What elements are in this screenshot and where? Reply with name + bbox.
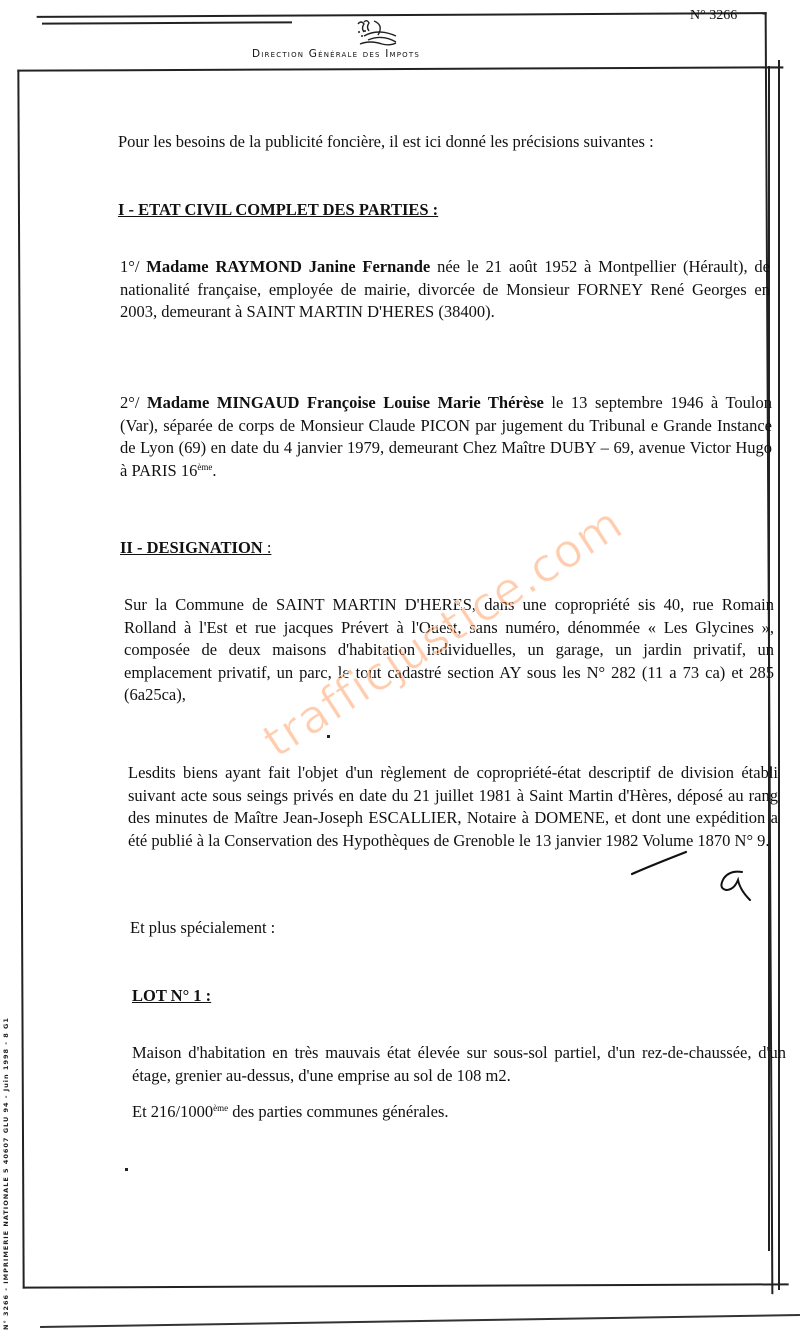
lot-share-suffix: des parties communes générales. bbox=[228, 1102, 448, 1121]
designation-title-colon: : bbox=[263, 538, 272, 557]
designation-title-text: II - DESIGNATION bbox=[120, 538, 263, 557]
section-title-designation: II - DESIGNATION : bbox=[120, 538, 271, 558]
lot-share-superscript: ème bbox=[213, 1103, 228, 1113]
handwritten-initial-icon bbox=[712, 868, 756, 904]
section-title-etat-civil: I - ETAT CIVIL COMPLET DES PARTIES : bbox=[118, 200, 438, 220]
party-1-name: Madame RAYMOND Janine Fernande bbox=[146, 257, 430, 276]
document-number: N° 3266 bbox=[690, 8, 737, 24]
copropriete-paragraph: Lesdits biens ayant fait l'objet d'un rè… bbox=[128, 762, 778, 852]
pen-stroke-icon bbox=[630, 848, 690, 878]
party-2-prefix: 2°/ bbox=[120, 393, 147, 412]
party-2: 2°/ Madame MINGAUD Françoise Louise Mari… bbox=[120, 392, 772, 482]
party-2-end: . bbox=[212, 461, 216, 480]
party-1-prefix: 1°/ bbox=[120, 257, 146, 276]
agency-name: Direction Générale des Impots bbox=[252, 48, 420, 60]
lot-description: Maison d'habitation en très mauvais état… bbox=[132, 1042, 786, 1087]
lot-share: Et 216/1000ème des parties communes géné… bbox=[132, 1101, 782, 1124]
scan-speck bbox=[125, 1168, 128, 1171]
lot-title: LOT N° 1 : bbox=[132, 986, 211, 1006]
especially-text: Et plus spécialement : bbox=[130, 917, 780, 940]
lot-share-value: Et 216/1000 bbox=[132, 1102, 213, 1121]
party-2-superscript: ème bbox=[197, 462, 212, 472]
marianne-logo-icon bbox=[350, 18, 410, 50]
party-2-name: Madame MINGAUD Françoise Louise Marie Th… bbox=[147, 393, 544, 412]
party-1: 1°/ Madame RAYMOND Janine Fernande née l… bbox=[120, 256, 770, 324]
margin-print-info: N° 3266 - IMPRIMERIE NATIONALE 5 40607 G… bbox=[2, 1017, 10, 1330]
page-frame-back-bottom bbox=[40, 1314, 800, 1328]
intro-text: Pour les besoins de la publicité foncièr… bbox=[118, 132, 654, 152]
